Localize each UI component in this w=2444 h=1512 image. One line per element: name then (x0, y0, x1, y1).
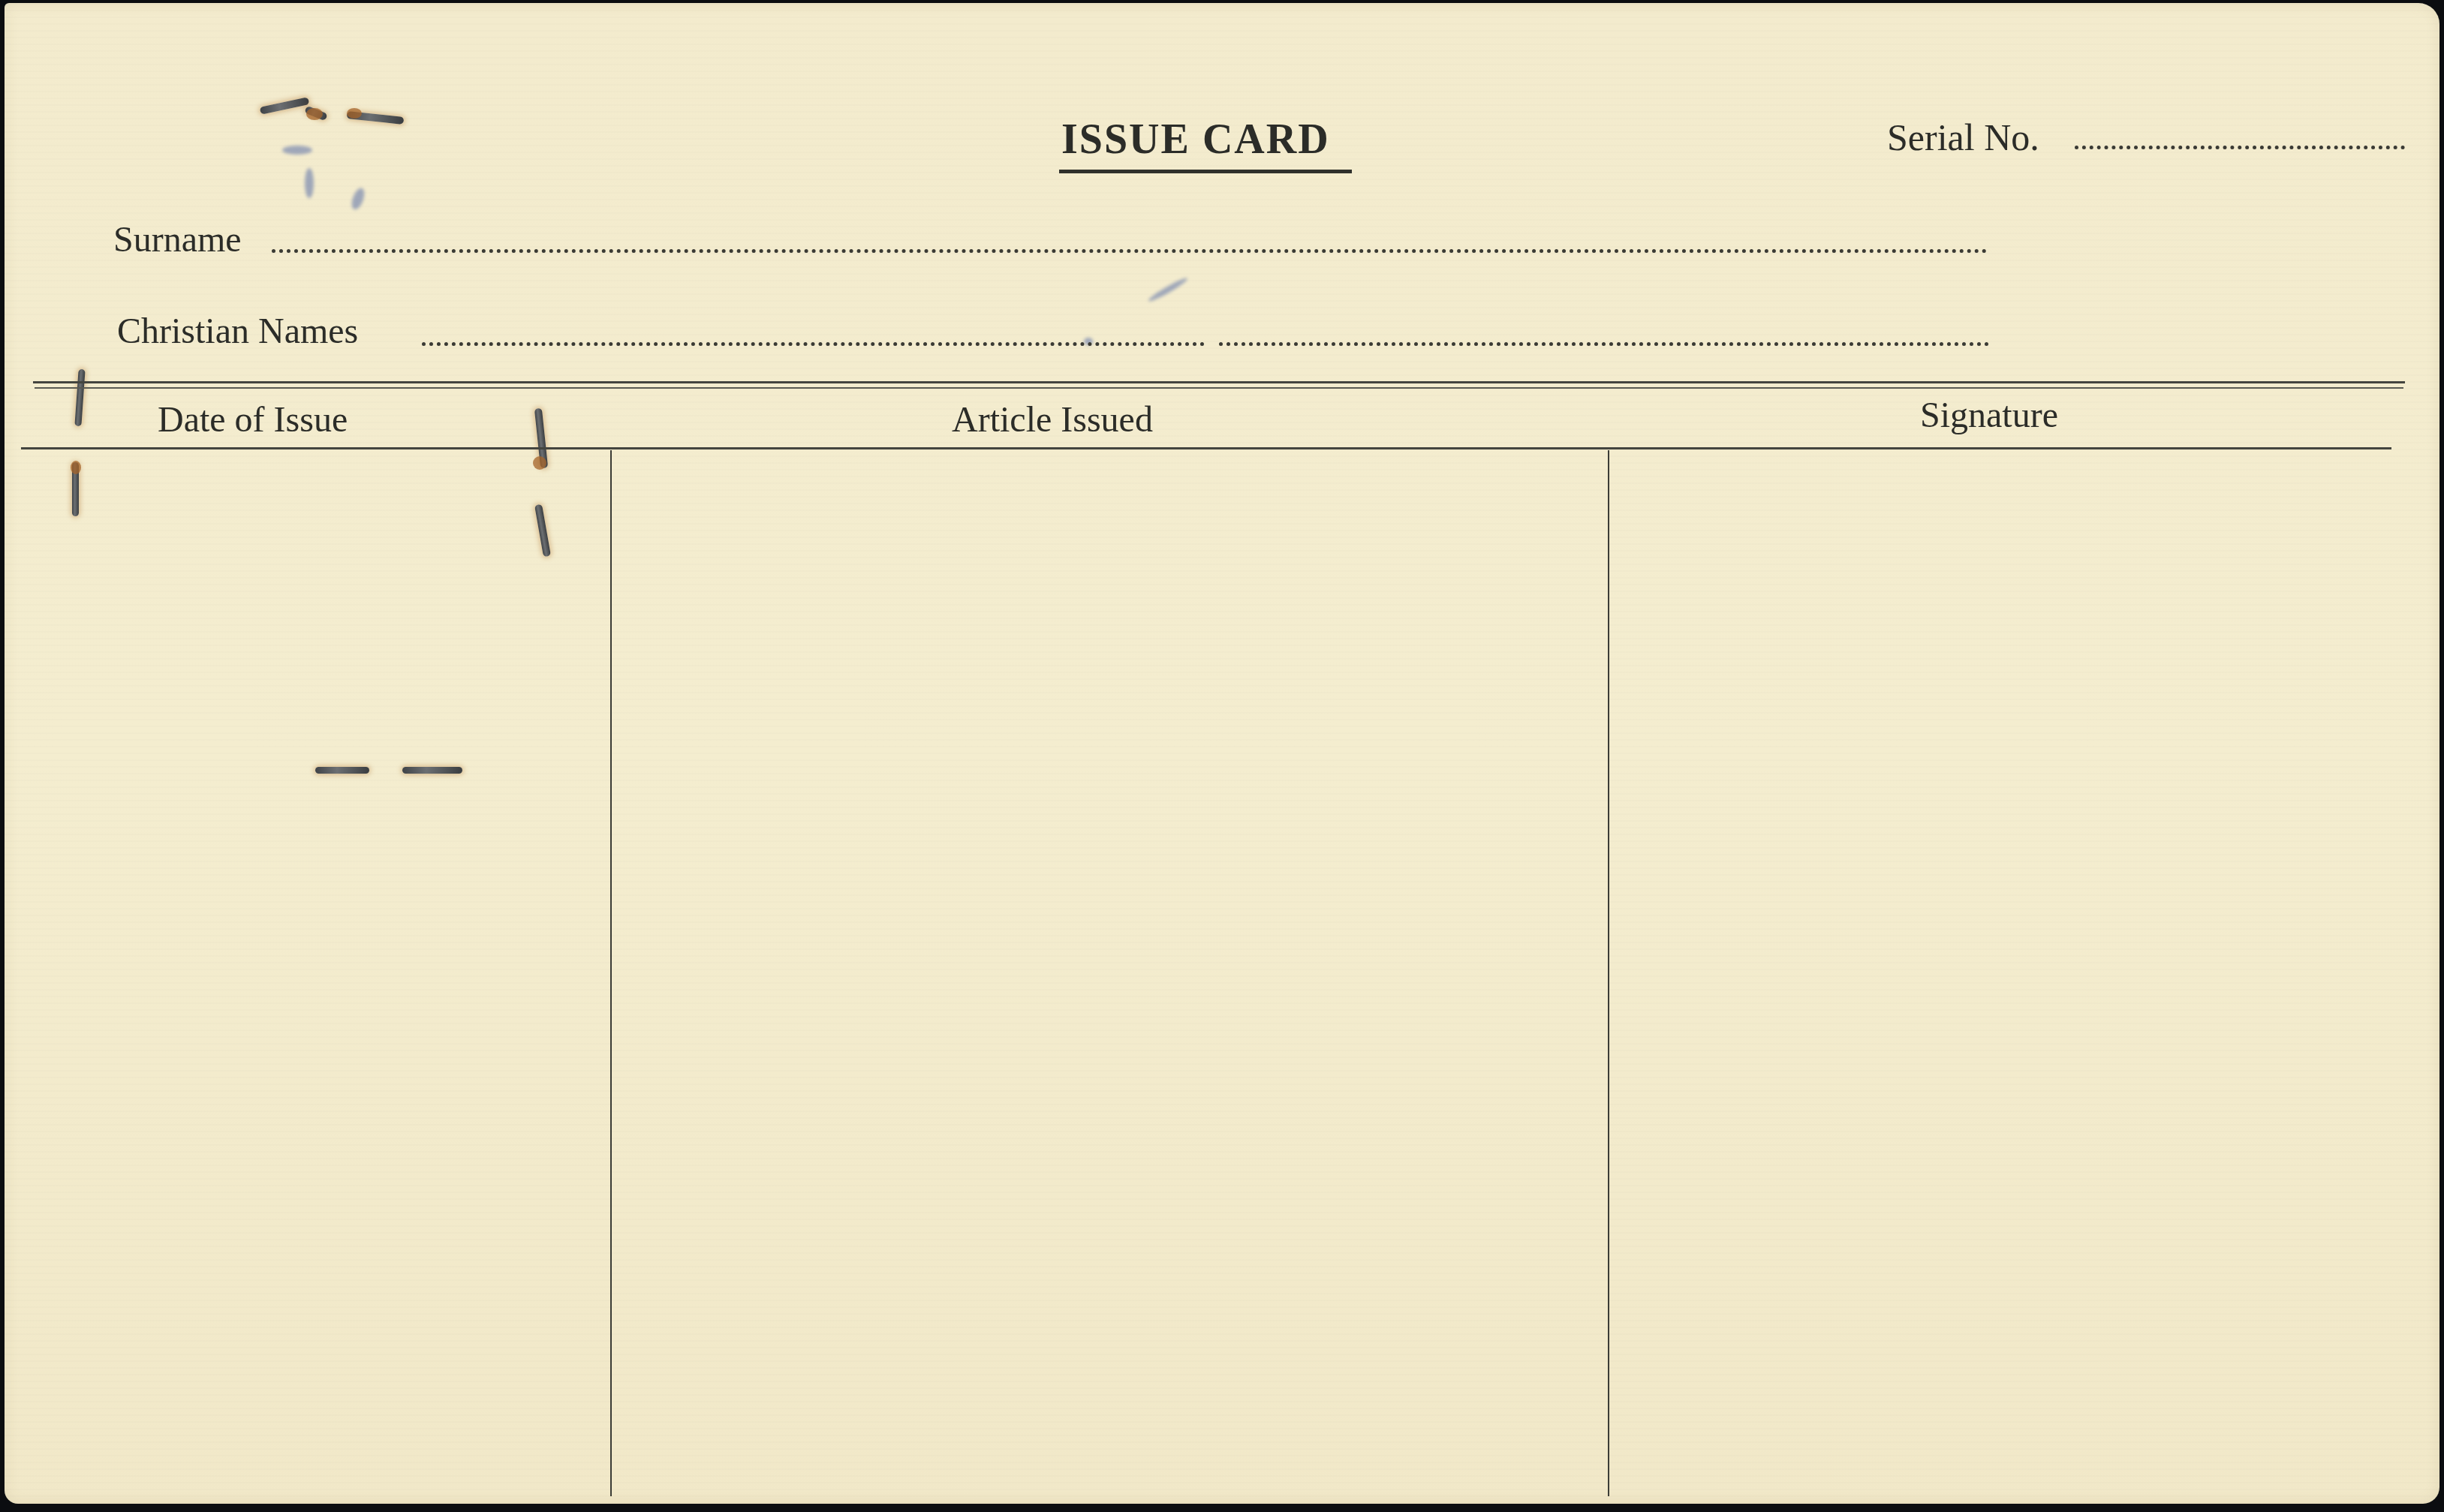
christian-names-field[interactable] (422, 342, 1205, 346)
serial-number-label: Serial No. (1887, 116, 2039, 159)
column-header-date-of-issue: Date of Issue (158, 399, 348, 440)
table-header-rule (21, 447, 2391, 449)
issue-card: ISSUE CARD Serial No. Surname Christian … (5, 3, 2439, 1504)
table-top-rule-inner (35, 387, 2403, 389)
column-header-article-issued: Article Issued (952, 399, 1153, 440)
column-divider (1608, 450, 1609, 1496)
date-of-issue-column-cells[interactable] (23, 452, 609, 1495)
christian-names-label: Christian Names (117, 311, 358, 352)
column-header-signature: Signature (1920, 395, 2058, 436)
ink-smudge-icon (349, 187, 366, 212)
article-issued-column-cells[interactable] (613, 452, 1606, 1495)
column-divider (610, 450, 612, 1496)
staple-icon (74, 369, 85, 426)
serial-number-field[interactable] (2075, 146, 2405, 149)
christian-names-field-continued[interactable] (1219, 342, 1989, 346)
ink-smudge-icon (1147, 276, 1189, 304)
ink-smudge-icon (305, 168, 314, 198)
staple-icon (260, 97, 310, 115)
signature-column-cells[interactable] (1610, 452, 2406, 1495)
surname-label: Surname (113, 219, 242, 260)
title-underline (1059, 170, 1352, 173)
rust-mark-icon (347, 108, 362, 119)
surname-field[interactable] (272, 249, 1988, 253)
card-title: ISSUE CARD (1061, 116, 1330, 164)
table-top-rule (33, 381, 2405, 383)
ink-smudge-icon (282, 146, 312, 155)
rust-mark-icon (306, 108, 323, 120)
